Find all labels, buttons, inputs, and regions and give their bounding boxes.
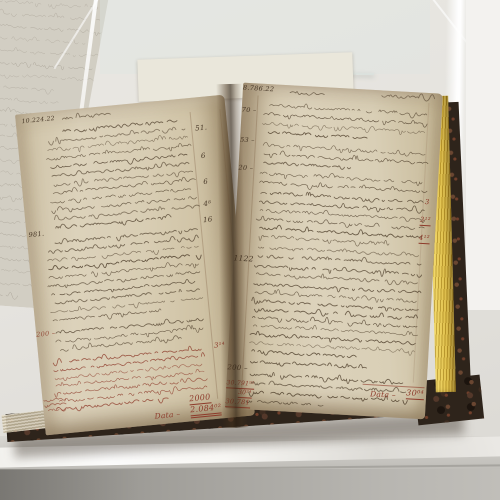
right-entry-4 xyxy=(255,188,426,249)
right-header-ref: 8.786.22 xyxy=(243,85,275,93)
margin-ref: 70 – xyxy=(242,107,257,114)
left-total-label: Data – xyxy=(154,410,181,420)
right-entry-1 xyxy=(260,100,430,145)
left-tiny-red-notes xyxy=(42,395,69,413)
left-entries-block xyxy=(42,114,197,232)
left-header-word xyxy=(61,109,114,122)
left-red-entry-block xyxy=(51,344,207,412)
right-total-label: Data – xyxy=(370,390,396,399)
right-header-word xyxy=(287,88,327,97)
left-long-entry-block xyxy=(43,224,205,324)
margin-ref: 981. xyxy=(28,231,44,239)
entry-amount: 4⁸ xyxy=(203,200,212,208)
entry-amount: 6 xyxy=(201,153,206,160)
museum-display-photo: 10.224.22 51. 6 6 4⁸ 16 981. 200 – 3¹⁴ 2… xyxy=(0,0,500,500)
right-backdrop-panel xyxy=(466,0,500,310)
entry-amount: 6 xyxy=(203,179,208,186)
shelf-shadow-corner xyxy=(0,470,140,500)
red-entry-amount: 4¹² xyxy=(419,235,430,245)
right-entry-7 xyxy=(248,278,420,363)
red-entry-amount: 3¹² xyxy=(420,217,431,227)
entry-amount: 16 xyxy=(203,216,213,224)
right-header-corner-note xyxy=(381,91,439,101)
right-page: 8.786.22 70 – 53 – 20 – 3 3¹² 4¹² 1122 2… xyxy=(225,83,443,420)
entry-amount: 51. xyxy=(195,124,208,132)
left-total-value: 2.084⁰² xyxy=(190,403,222,418)
right-total-value: 30⁰⁴ xyxy=(406,389,424,400)
left-header-ref: 10.224.22 xyxy=(22,116,56,125)
red-entry-amount: 3 xyxy=(425,199,430,206)
